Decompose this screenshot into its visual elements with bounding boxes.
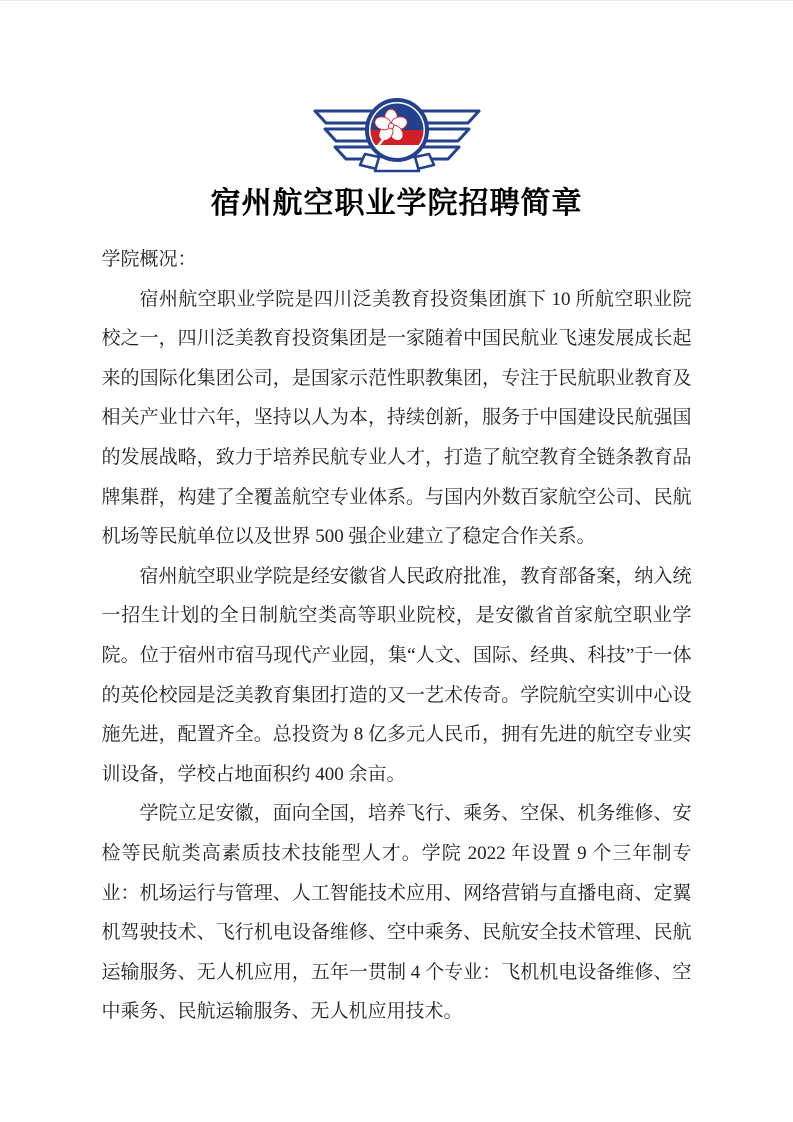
roundel-icon bbox=[367, 100, 427, 160]
college-wings-emblem-icon bbox=[311, 98, 483, 177]
document-body: 学院概况： 宿州航空职业学院是四川泛美教育投资集团旗下 10 所航空职业院校之一… bbox=[102, 240, 692, 1032]
paragraph-campus: 宿州航空职业学院是经安徽省人民政府批准，教育部备案，纳入统一招生计划的全日制航空… bbox=[102, 557, 692, 795]
paragraph-majors: 学院立足安徽，面向全国，培养飞行、乘务、空保、机务维修、安检等民航类高素质技术技… bbox=[102, 794, 692, 1032]
paragraph-overview-group: 宿州航空职业学院是四川泛美教育投资集团旗下 10 所航空职业院校之一，四川泛美教… bbox=[102, 280, 692, 557]
document-title: 宿州航空职业学院招聘简章 bbox=[0, 185, 793, 223]
logo-container bbox=[0, 1, 793, 177]
section-heading: 学院概况： bbox=[102, 240, 692, 280]
document-page: 宿州航空职业学院招聘简章 学院概况： 宿州航空职业学院是四川泛美教育投资集团旗下… bbox=[0, 0, 793, 1122]
